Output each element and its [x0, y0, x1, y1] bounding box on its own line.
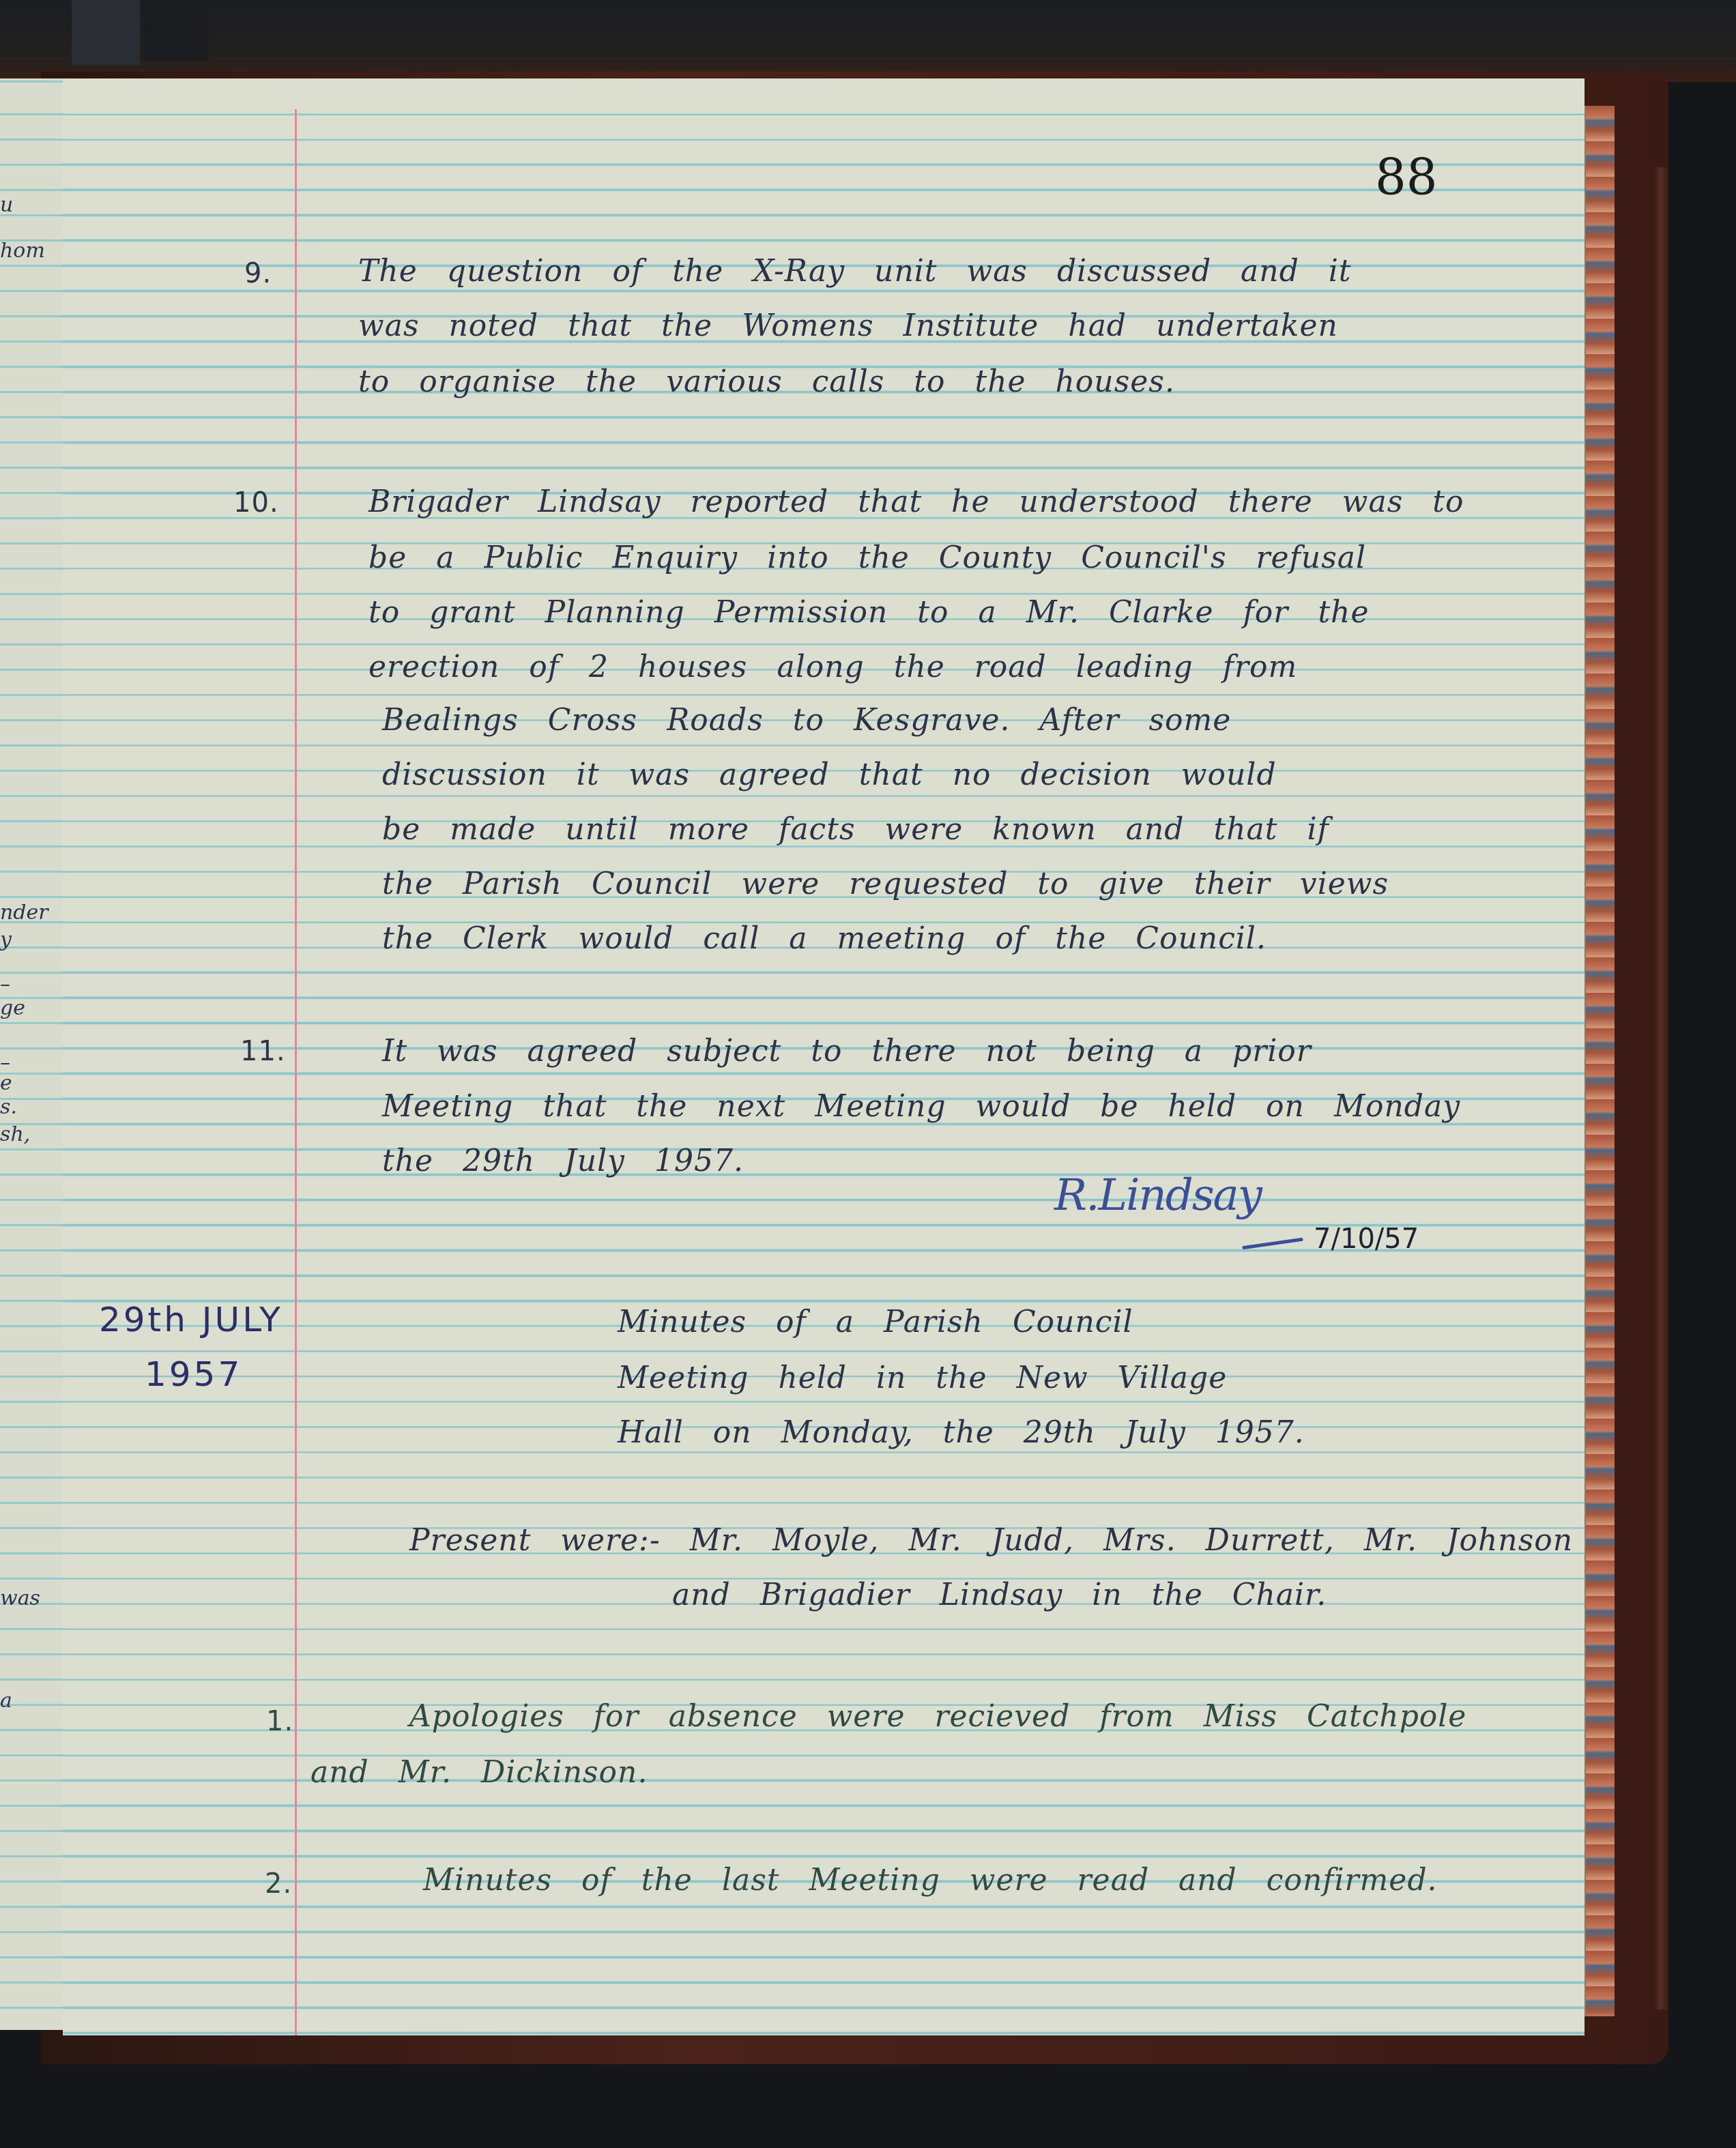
item-line: The question of the X-Ray unit was discu…: [358, 254, 1352, 289]
fragment: y: [0, 928, 12, 952]
fragment: s.: [0, 1095, 17, 1119]
page-number: 88: [1375, 149, 1438, 206]
fragment: was: [0, 1586, 40, 1610]
fragment: sh,: [0, 1122, 30, 1146]
attendees-line: and Brigadier Lindsay in the Chair.: [672, 1578, 1327, 1612]
chairman-signature: R.Lindsay: [1054, 1170, 1261, 1221]
margin-date: 29th JULY: [99, 1300, 283, 1339]
item-line: be made until more facts were known and …: [382, 812, 1329, 847]
item-line: the Clerk would call a meeting of the Co…: [382, 921, 1267, 956]
attendees-line: Present were:- Mr. Moyle, Mr. Judd, Mrs.…: [409, 1523, 1573, 1558]
fragment: hom: [0, 239, 45, 263]
fragment: a: [0, 1689, 12, 1713]
item-number: 9.: [244, 258, 272, 289]
fragment: –: [0, 972, 10, 996]
item-line: the Parish Council were requested to giv…: [382, 867, 1389, 901]
item-line: was noted that the Womens Institute had …: [358, 308, 1338, 343]
item-line: Minutes of the last Meeting were read an…: [423, 1863, 1438, 1898]
item-line: to organise the various calls to the hou…: [358, 364, 1175, 399]
item-line: discussion it was agreed that no decisio…: [382, 757, 1277, 792]
heading-line: Meeting held in the New Village: [618, 1361, 1227, 1395]
item-number: 2.: [265, 1868, 292, 1900]
item-line: erection of 2 houses along the road lead…: [368, 650, 1297, 684]
fragment: ge: [0, 996, 25, 1020]
item-line: be a Public Enquiry into the County Coun…: [368, 540, 1366, 575]
item-number: 1.: [266, 1706, 293, 1737]
item-number: 10.: [233, 487, 279, 519]
book-spine-strip: [143, 0, 208, 61]
red-margin-line: [295, 109, 297, 2035]
item-number: 11.: [240, 1036, 286, 1067]
heading-line: Minutes of a Parish Council: [618, 1305, 1133, 1339]
margin-year: 1957: [145, 1354, 242, 1394]
item-line: Apologies for absence were recieved from…: [409, 1699, 1466, 1734]
signature-date: 7/10/57: [1314, 1223, 1419, 1255]
marbled-page-edges: [1585, 106, 1617, 2016]
item-line: It was agreed subject to there not being…: [382, 1034, 1312, 1069]
fragment: u: [0, 193, 13, 217]
fragment: e: [0, 1071, 12, 1095]
item-line: Brigader Lindsay reported that he unders…: [368, 484, 1464, 519]
item-line: Meeting that the next Meeting would be h…: [382, 1089, 1460, 1124]
cover-gloss: [1653, 167, 1668, 2009]
item-line: Bealings Cross Roads to Kesgrave. After …: [382, 703, 1231, 738]
desk-background: [0, 0, 1736, 82]
item-line: the 29th July 1957.: [382, 1144, 744, 1178]
item-line: and Mr. Dickinson.: [310, 1755, 648, 1790]
fragment: nder: [0, 901, 48, 925]
book-spine-strip: [72, 0, 140, 65]
heading-line: Hall on Monday, the 29th July 1957.: [618, 1415, 1305, 1450]
item-line: to grant Planning Permission to a Mr. Cl…: [368, 595, 1369, 630]
